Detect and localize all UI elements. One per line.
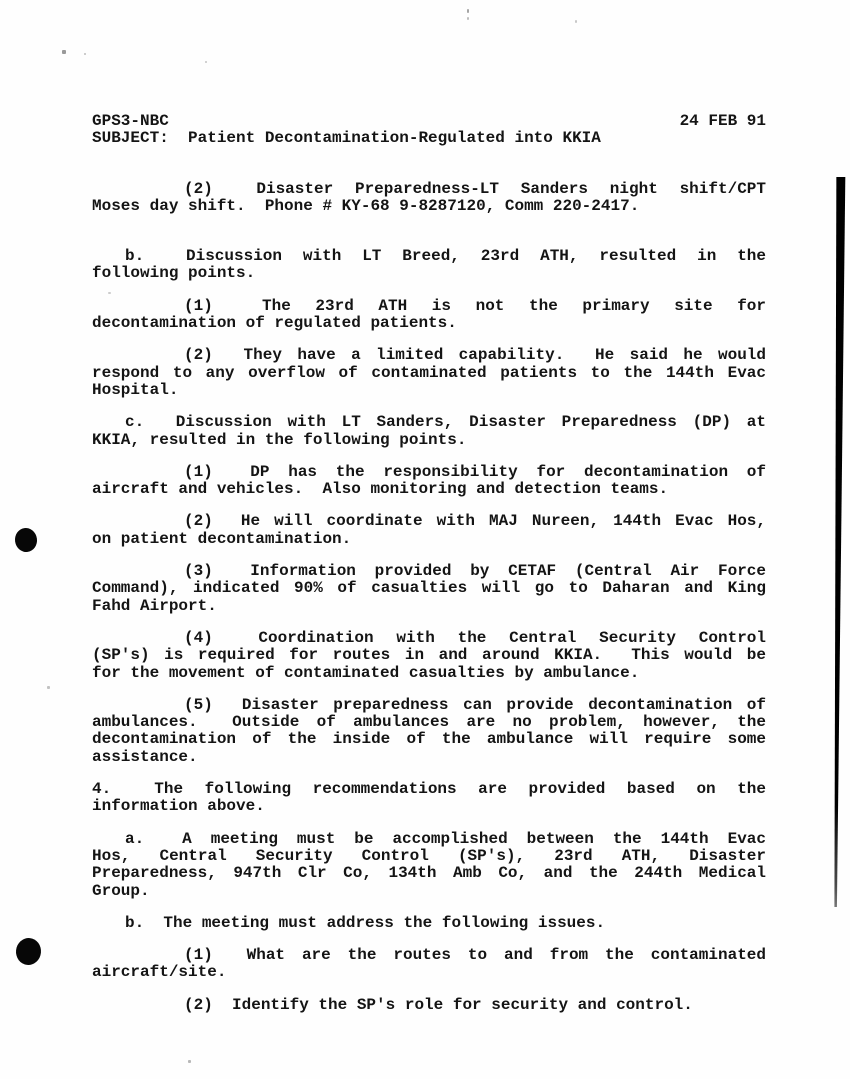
- text-line: (5) Disaster preparedness can provide de…: [92, 697, 766, 714]
- text-line: decontamination of regulated patients.: [92, 315, 766, 332]
- scan-speck: [84, 53, 86, 55]
- text-line: Preparedness, 947th Clr Co, 134th Amb Co…: [92, 865, 766, 882]
- text-line: aircraft and vehicles. Also monitoring a…: [92, 481, 766, 498]
- text-line: b. The meeting must address the followin…: [92, 915, 766, 932]
- text-line: a. A meeting must be accomplished betwee…: [92, 831, 766, 848]
- text-line: (1) What are the routes to and from the …: [92, 947, 766, 964]
- para-item-4-recommendations: 4. The following recommendations are pro…: [92, 781, 766, 816]
- document-date: 24 FEB 91: [680, 113, 766, 130]
- scan-speck: [47, 686, 50, 689]
- scan-speck: [467, 17, 469, 20]
- text-line: respond to any overflow of contaminated …: [92, 365, 766, 382]
- paragraphs-container: (2) Disaster Preparedness-LT Sanders nig…: [92, 181, 766, 1014]
- scan-speck: [575, 20, 577, 23]
- scan-binding-bar-artifact: [833, 177, 847, 907]
- text-line: (2) He will coordinate with MAJ Nureen, …: [92, 513, 766, 530]
- para-item-c-1-dp-responsibility: (1) DP has the responsibility for decont…: [92, 464, 766, 499]
- text-line: (2) They have a limited capability. He s…: [92, 347, 766, 364]
- scanned-document-page: GPS3-NBC 24 FEB 91 SUBJECT: Patient Deco…: [0, 0, 850, 1079]
- text-line: (1) DP has the responsibility for decont…: [92, 464, 766, 481]
- hole-punch-mark-bottom: [15, 937, 43, 966]
- text-line: b. Discussion with LT Breed, 23rd ATH, r…: [92, 248, 766, 265]
- scan-speck: [205, 61, 207, 63]
- document-header: GPS3-NBC 24 FEB 91: [92, 113, 766, 130]
- text-line: aircraft/site.: [92, 964, 766, 981]
- text-line: (2) Disaster Preparedness-LT Sanders nig…: [92, 181, 766, 198]
- text-line: (2) Identify the SP's role for security …: [92, 997, 766, 1014]
- para-item-c-2-coordinate-nureen: (2) He will coordinate with MAJ Nureen, …: [92, 513, 766, 548]
- text-line: ambulances. Outside of ambulances are no…: [92, 714, 766, 731]
- text-line: (1) The 23rd ATH is not the primary site…: [92, 298, 766, 315]
- text-line: Group.: [92, 883, 766, 900]
- hole-punch-mark-top: [13, 527, 38, 554]
- text-line: assistance.: [92, 749, 766, 766]
- para-item-4-b-2-sp-role: (2) Identify the SP's role for security …: [92, 997, 766, 1014]
- para-item-2-disaster-preparedness: (2) Disaster Preparedness-LT Sanders nig…: [92, 181, 766, 216]
- para-item-c-3-cetaf-information: (3) Information provided by CETAF (Centr…: [92, 563, 766, 615]
- para-item-c-4-security-control: (4) Coordination with the Central Securi…: [92, 630, 766, 682]
- scan-speck: [62, 50, 66, 54]
- para-item-b-1-primary-site: (1) The 23rd ATH is not the primary site…: [92, 298, 766, 333]
- para-item-c-5-ambulance-decon: (5) Disaster preparedness can provide de…: [92, 697, 766, 766]
- document-body: GPS3-NBC 24 FEB 91 SUBJECT: Patient Deco…: [92, 113, 766, 1014]
- text-line: KKIA, resulted in the following points.: [92, 432, 766, 449]
- text-line: information above.: [92, 798, 766, 815]
- text-line: Hos, Central Security Control (SP's), 23…: [92, 848, 766, 865]
- text-line: Moses day shift. Phone # KY-68 9-8287120…: [92, 198, 766, 215]
- para-item-b-discussion-breed: b. Discussion with LT Breed, 23rd ATH, r…: [92, 248, 766, 283]
- text-line: on patient decontamination.: [92, 531, 766, 548]
- text-line: Fahd Airport.: [92, 598, 766, 615]
- text-line: decontamination of the inside of the amb…: [92, 731, 766, 748]
- para-item-b-2-limited-capability: (2) They have a limited capability. He s…: [92, 347, 766, 399]
- text-line: for the movement of contaminated casualt…: [92, 665, 766, 682]
- text-line: 4. The following recommendations are pro…: [92, 781, 766, 798]
- office-symbol: GPS3-NBC: [92, 113, 169, 130]
- para-item-4-b-meeting-issues: b. The meeting must address the followin…: [92, 915, 766, 932]
- text-line: c. Discussion with LT Sanders, Disaster …: [92, 414, 766, 431]
- text-line: (4) Coordination with the Central Securi…: [92, 630, 766, 647]
- text-line: Hospital.: [92, 382, 766, 399]
- text-line: Command), indicated 90% of casualties wi…: [92, 580, 766, 597]
- para-item-c-discussion-sanders: c. Discussion with LT Sanders, Disaster …: [92, 414, 766, 449]
- text-line: (3) Information provided by CETAF (Centr…: [92, 563, 766, 580]
- subject-line: SUBJECT: Patient Decontamination-Regulat…: [92, 130, 766, 147]
- text-line: following points.: [92, 265, 766, 282]
- para-item-4-a-meeting: a. A meeting must be accomplished betwee…: [92, 831, 766, 900]
- text-line: (SP's) is required for routes in and aro…: [92, 647, 766, 664]
- scan-speck: [467, 9, 469, 13]
- para-item-4-b-1-routes: (1) What are the routes to and from the …: [92, 947, 766, 982]
- scan-speck: [188, 1060, 191, 1063]
